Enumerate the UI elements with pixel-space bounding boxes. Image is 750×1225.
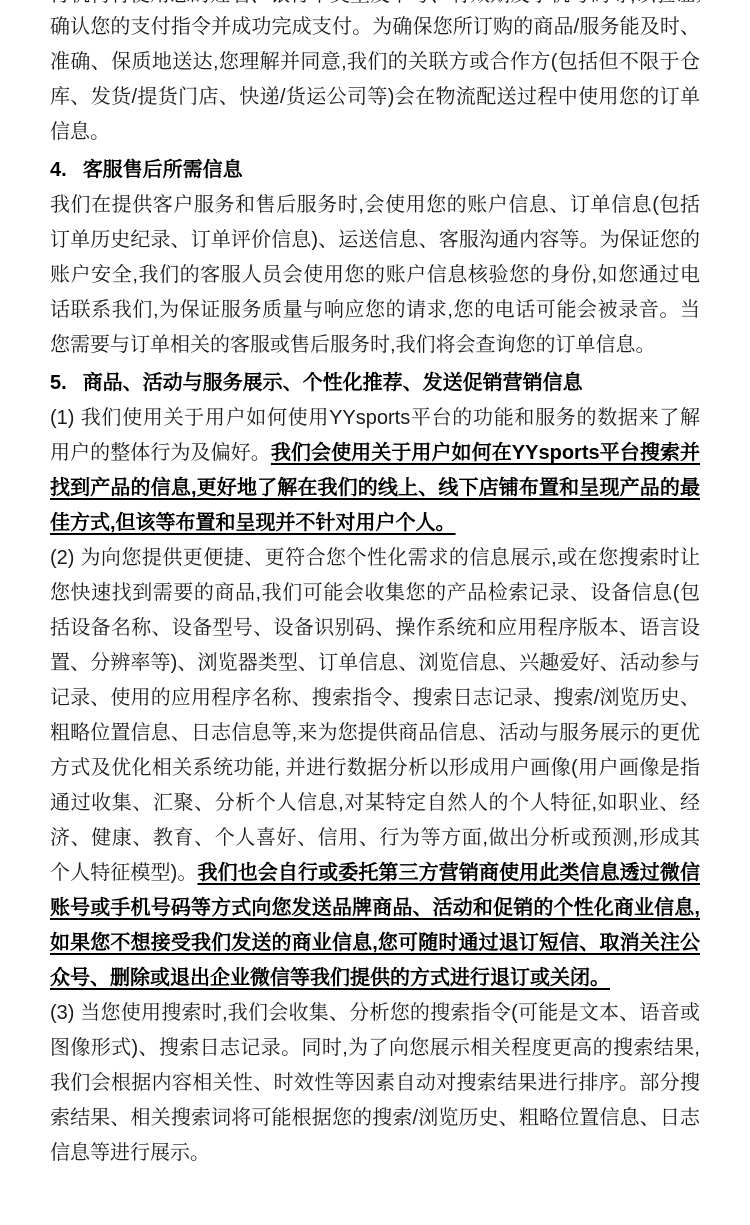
- section-heading: 4.客服售后所需信息: [50, 153, 700, 188]
- section-title: 商品、活动与服务展示、个性化推荐、发送促销营销信息: [83, 372, 583, 394]
- text-segment: (2) 为向您提供更便捷、更符合您个性化需求的信息展示,或在您搜索时让您快速找到…: [50, 547, 700, 884]
- policy-paragraph: 我们在提供客户服务和售后服务时,会使用您的账户信息、订单信息(包括订单历史纪录、…: [50, 188, 700, 363]
- text-segment: (3) 当您使用搜索时,我们会收集、分析您的搜索指令(可能是文本、语音或图像形式…: [50, 1002, 700, 1164]
- policy-paragraph: 确认您的支付指令并成功完成支付。为确保您所订购的商品/服务能及时、准确、保质地送…: [50, 10, 700, 150]
- clipped-line-text: 付机构将使用您的姓名、银行卡类型及卡号、有效期及手机号码等,以验证并: [50, 0, 700, 10]
- section-number: 4.: [50, 153, 67, 188]
- policy-paragraph: (1) 我们使用关于用户如何使用YYsports平台的功能和服务的数据来了解用户…: [50, 401, 700, 541]
- text-segment: 确认您的支付指令并成功完成支付。为确保您所订购的商品/服务能及时、准确、保质地送…: [50, 16, 700, 143]
- section-title: 客服售后所需信息: [83, 159, 243, 181]
- policy-paragraph: (2) 为向您提供更便捷、更符合您个性化需求的信息展示,或在您搜索时让您快速找到…: [50, 541, 700, 996]
- text-segment: 我们在提供客户服务和售后服务时,会使用您的账户信息、订单信息(包括订单历史纪录、…: [50, 194, 700, 356]
- section-heading: 5.商品、活动与服务展示、个性化推荐、发送促销营销信息: [50, 366, 700, 401]
- clipped-top-line: 付机构将使用您的姓名、银行卡类型及卡号、有效期及手机号码等,以验证并: [50, 0, 700, 10]
- policy-paragraph: (3) 当您使用搜索时,我们会收集、分析您的搜索指令(可能是文本、语音或图像形式…: [50, 996, 700, 1171]
- privacy-policy-document: 付机构将使用您的姓名、银行卡类型及卡号、有效期及手机号码等,以验证并确认您的支付…: [0, 0, 750, 1171]
- text-segment: 付机构将使用您的姓名、银行卡类型及卡号、有效期及手机号码等,以验证并: [50, 0, 700, 6]
- section-number: 5.: [50, 366, 67, 401]
